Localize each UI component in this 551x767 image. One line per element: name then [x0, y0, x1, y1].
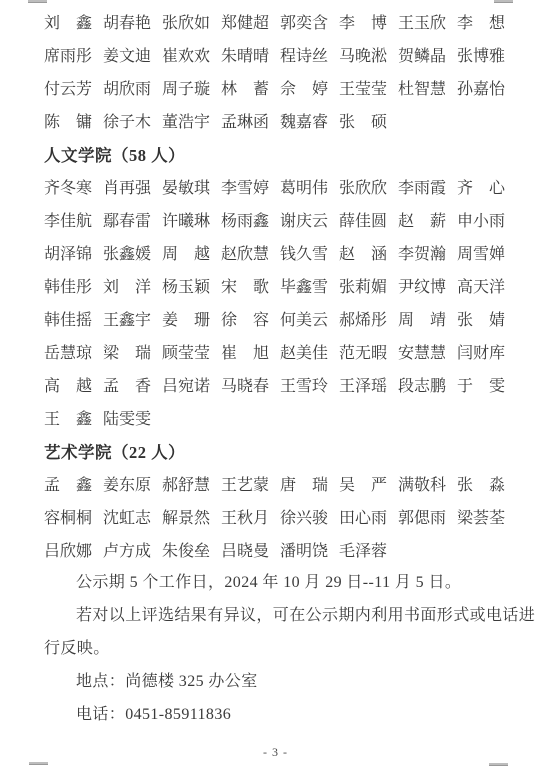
margin-mark-top-left — [28, 0, 47, 3]
name-row: 吕欣娜卢方成朱俊垒吕晓曼潘明饶毛泽蓉 — [44, 533, 507, 566]
student-name: 肖再强 — [103, 175, 151, 198]
student-name: 杨玉颖 — [162, 274, 210, 297]
sections: 刘 鑫胡春艳张欣如郑健超郭奕含李 博王玉欣李 想席雨彤姜文迪崔欢欢朱晴晴程诗丝马… — [44, 5, 507, 731]
name-row: 李佳航鄢春雷许曦琳杨雨鑫谢庆云薛佳圆赵 薪申小雨 — [44, 203, 507, 236]
name-row: 付云芳胡欣雨周子璇林 蓄佘 婷王莹莹杜智慧孙嘉怡 — [44, 71, 507, 104]
student-name: 林 蓄 — [221, 76, 269, 99]
student-name: 李 想 — [457, 10, 505, 33]
student-name: 顾莹莹 — [162, 340, 210, 363]
student-name: 尹纹博 — [398, 274, 446, 297]
document-page: 刘 鑫胡春艳张欣如郑健超郭奕含李 博王玉欣李 想席雨彤姜文迪崔欢欢朱晴晴程诗丝马… — [0, 0, 551, 767]
student-name: 崔欢欢 — [162, 43, 210, 66]
student-name: 崔 旭 — [221, 340, 269, 363]
student-name: 孟 香 — [103, 373, 151, 396]
section-header: 艺术学院（22 人） — [44, 434, 507, 467]
student-name: 王泽瑶 — [339, 373, 387, 396]
name-row: 韩佳彤刘 洋杨玉颖宋 歌毕鑫雪张莉媚尹纹博高天洋 — [44, 269, 507, 302]
margin-mark-top-right — [494, 0, 513, 3]
student-name: 周 越 — [162, 241, 210, 264]
student-name: 赵欣慧 — [221, 241, 269, 264]
student-name: 吴 严 — [339, 472, 387, 495]
student-name: 张 硕 — [339, 109, 387, 132]
student-name: 郭奕含 — [280, 10, 328, 33]
student-name: 孟琳函 — [221, 109, 269, 132]
student-name: 唐 瑞 — [280, 472, 328, 495]
student-name: 鄢春雷 — [103, 208, 151, 231]
student-name: 许曦琳 — [162, 208, 210, 231]
student-name: 安慧慧 — [398, 340, 446, 363]
student-name: 卢方成 — [103, 538, 151, 561]
student-name: 范无暇 — [339, 340, 387, 363]
student-name: 徐兴骏 — [280, 505, 328, 528]
student-name: 申小雨 — [457, 208, 505, 231]
notice-line: 行反映。 — [44, 632, 507, 665]
name-row: 高 越孟 香吕宛诺马晓春王雪玲王泽瑶段志鹏于 雯 — [44, 368, 507, 401]
student-name: 杜智慧 — [398, 76, 446, 99]
student-name: 张 婧 — [457, 307, 505, 330]
student-name: 毕鑫雪 — [280, 274, 328, 297]
student-name: 陆雯雯 — [103, 406, 151, 429]
margin-mark-bottom-left — [29, 762, 48, 765]
student-name: 何美云 — [280, 307, 328, 330]
name-row: 王 鑫陆雯雯 — [44, 401, 507, 434]
student-name: 谢庆云 — [280, 208, 328, 231]
student-name: 王艺蒙 — [221, 472, 269, 495]
student-name: 周 靖 — [398, 307, 446, 330]
student-name: 容桐桐 — [44, 505, 92, 528]
student-name: 解景然 — [162, 505, 210, 528]
student-name: 杨雨鑫 — [221, 208, 269, 231]
name-row: 岳慧琼梁 瑞顾莹莹崔 旭赵美佳范无暇安慧慧闫财库 — [44, 335, 507, 368]
student-name: 张欣欣 — [339, 175, 387, 198]
student-name: 张鑫媛 — [103, 241, 151, 264]
student-name: 佘 婷 — [280, 76, 328, 99]
student-name: 沈虹志 — [103, 505, 151, 528]
student-name: 胡欣雨 — [103, 76, 151, 99]
student-name: 董浩宇 — [162, 109, 210, 132]
name-row: 刘 鑫胡春艳张欣如郑健超郭奕含李 博王玉欣李 想 — [44, 5, 507, 38]
student-name: 晏敏琪 — [162, 175, 210, 198]
student-name: 张博雅 — [457, 43, 505, 66]
student-name: 赵 涵 — [339, 241, 387, 264]
student-name: 梁荟荃 — [457, 505, 505, 528]
student-name: 段志鹏 — [398, 373, 446, 396]
name-row: 容桐桐沈虹志解景然王秋月徐兴骏田心雨郭偲雨梁荟荃 — [44, 500, 507, 533]
student-name: 吕晓曼 — [221, 538, 269, 561]
notice-line: 若对以上评选结果有异议，可在公示期内利用书面形式或电话进 — [44, 599, 507, 632]
student-name: 满敬科 — [398, 472, 446, 495]
student-name: 闫财库 — [457, 340, 505, 363]
student-name: 席雨彤 — [44, 43, 92, 66]
student-name: 姜 珊 — [162, 307, 210, 330]
student-name: 钱久雪 — [280, 241, 328, 264]
student-name: 宋 歌 — [221, 274, 269, 297]
student-name: 于 雯 — [457, 373, 505, 396]
student-name: 胡春艳 — [103, 10, 151, 33]
student-name: 韩佳彤 — [44, 274, 92, 297]
student-name: 马晚淞 — [339, 43, 387, 66]
name-row: 胡泽锦张鑫媛周 越赵欣慧钱久雪赵 涵李贺瀚周雪婵 — [44, 236, 507, 269]
student-name: 齐 心 — [457, 175, 505, 198]
name-row: 孟 鑫姜东原郝舒慧王艺蒙唐 瑞吴 严满敬科张 淼 — [44, 467, 507, 500]
student-name: 朱晴晴 — [221, 43, 269, 66]
student-name: 徐 容 — [221, 307, 269, 330]
student-name: 郝烯彤 — [339, 307, 387, 330]
student-name: 孙嘉怡 — [457, 76, 505, 99]
student-name: 朱俊垒 — [162, 538, 210, 561]
student-name: 张莉媚 — [339, 274, 387, 297]
notice-line: 电话：0451-85911836 — [44, 698, 507, 731]
name-row: 齐冬寒肖再强晏敏琪李雪婷葛明伟张欣欣李雨霞齐 心 — [44, 170, 507, 203]
section-header: 人文学院（58 人） — [44, 137, 507, 170]
student-name: 赵美佳 — [280, 340, 328, 363]
student-name: 郭偲雨 — [398, 505, 446, 528]
student-name: 王玉欣 — [398, 10, 446, 33]
student-name: 刘 洋 — [103, 274, 151, 297]
student-name: 张 淼 — [457, 472, 505, 495]
student-name: 周雪婵 — [457, 241, 505, 264]
student-name: 王 鑫 — [44, 406, 92, 429]
student-name: 李雨霞 — [398, 175, 446, 198]
student-name: 王秋月 — [221, 505, 269, 528]
student-name: 韩佳摇 — [44, 307, 92, 330]
student-name: 高 越 — [44, 373, 92, 396]
student-name: 薛佳圆 — [339, 208, 387, 231]
student-name: 姜东原 — [103, 472, 151, 495]
student-name: 贺鳞晶 — [398, 43, 446, 66]
student-name: 马晓春 — [221, 373, 269, 396]
margin-mark-bottom-right — [489, 763, 508, 766]
student-name: 周子璇 — [162, 76, 210, 99]
student-name: 李 博 — [339, 10, 387, 33]
student-name: 葛明伟 — [280, 175, 328, 198]
student-name: 程诗丝 — [280, 43, 328, 66]
page-number: - 3 - — [0, 745, 551, 760]
student-name: 李雪婷 — [221, 175, 269, 198]
student-name: 吕宛诺 — [162, 373, 210, 396]
student-name: 徐子木 — [103, 109, 151, 132]
student-name: 王鑫宇 — [103, 307, 151, 330]
student-name: 田心雨 — [339, 505, 387, 528]
name-row: 韩佳摇王鑫宇姜 珊徐 容何美云郝烯彤周 靖张 婧 — [44, 302, 507, 335]
student-name: 李贺瀚 — [398, 241, 446, 264]
student-name: 齐冬寒 — [44, 175, 92, 198]
student-name: 郝舒慧 — [162, 472, 210, 495]
student-name: 付云芳 — [44, 76, 92, 99]
student-name: 胡泽锦 — [44, 241, 92, 264]
student-name: 孟 鑫 — [44, 472, 92, 495]
student-name: 梁 瑞 — [103, 340, 151, 363]
name-row: 席雨彤姜文迪崔欢欢朱晴晴程诗丝马晚淞贺鳞晶张博雅 — [44, 38, 507, 71]
student-name: 魏嘉睿 — [280, 109, 328, 132]
student-name: 王莹莹 — [339, 76, 387, 99]
student-name: 岳慧琼 — [44, 340, 92, 363]
name-row: 陈 镛徐子木董浩宇孟琳函魏嘉睿张 硕 — [44, 104, 507, 137]
student-name: 毛泽蓉 — [339, 538, 387, 561]
student-name: 吕欣娜 — [44, 538, 92, 561]
student-name: 潘明饶 — [280, 538, 328, 561]
notice-line: 地点：尚德楼 325 办公室 — [44, 665, 507, 698]
student-name: 高天洋 — [457, 274, 505, 297]
student-name: 赵 薪 — [398, 208, 446, 231]
student-name: 王雪玲 — [280, 373, 328, 396]
student-name: 陈 镛 — [44, 109, 92, 132]
student-name: 郑健超 — [221, 10, 269, 33]
student-name: 张欣如 — [162, 10, 210, 33]
notice-line: 公示期 5 个工作日，2024 年 10 月 29 日--11 月 5 日。 — [44, 566, 507, 599]
student-name: 李佳航 — [44, 208, 92, 231]
student-name: 刘 鑫 — [44, 10, 92, 33]
student-name: 姜文迪 — [103, 43, 151, 66]
